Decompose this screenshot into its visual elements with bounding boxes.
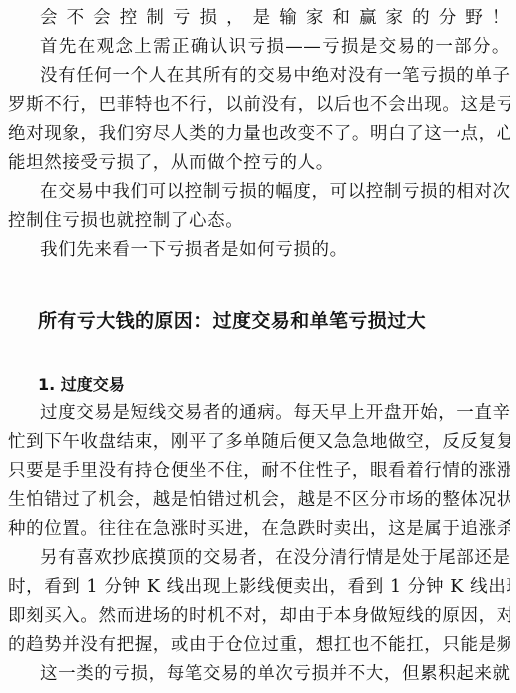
paragraph-line: 我们先来看一下亏损者是如何亏损的。 [40, 239, 510, 261]
paragraph-line: 即刻买入。然而进场的时机不对，却由于本身做短线的原因，对更大 [8, 605, 510, 627]
paragraph-line: 过度交易是短线交易者的通病。每天早上开盘开始，一直辛苦地 [40, 402, 510, 424]
paragraph-line: 会不会控制亏损，是输家和赢家的分野！ [40, 7, 510, 29]
paragraph-line: 在交易中我们可以控制亏损的幅度，可以控制亏损的相对次数， [40, 181, 510, 203]
paragraph-line: 绝对现象，我们穷尽人类的力量也改变不了。明白了这一点，心理才 [8, 123, 510, 145]
paragraph-line: 另有喜欢抄底摸顶的交易者，在没分清行情是处于尾部还是中继 [40, 547, 510, 569]
paragraph-line: 的趋势并没有把握，或由于仓位过重，想扛也不能扛，只能是频繁止损。 [8, 634, 510, 656]
subsection-title: 1. 过度交易 [38, 374, 125, 396]
document-page: 会不会控制亏损，是输家和赢家的分野！ 首先在观念上需正确认识亏损——亏损是交易的… [0, 0, 516, 693]
paragraph-line: 这一类的亏损，每笔交易的单次亏损并不大，但累积起来就是积 [40, 663, 510, 685]
paragraph-line: 只要是手里没有持仓便坐不住，耐不住性子，眼看着行情的涨涨跌跌， [8, 460, 510, 482]
paragraph-line: 没有任何一个人在其所有的交易中绝对没有一笔亏损的单子，索 [40, 65, 510, 87]
paragraph-line: 忙到下午收盘结束，刚平了多单随后便又急急地做空，反反复复地进出。 [8, 431, 510, 453]
paragraph-line: 生怕错过了机会，越是怕错过机会，越是不区分市场的整体况状、品 [8, 489, 510, 511]
paragraph-line: 时，看到 1 分钟 K 线出现上影线便卖出，看到 1 分钟 K 线出现下影线 [8, 576, 510, 598]
paragraph-line: 能坦然接受亏损了，从而做个控亏的人。 [8, 152, 510, 174]
paragraph-line: 罗斯不行，巴菲特也不行，以前没有，以后也不会出现。这是亏损的 [8, 94, 510, 116]
section-heading: 所有亏大钱的原因：过度交易和单笔亏损过大 [38, 309, 426, 333]
paragraph-line: 控制住亏损也就控制了心态。 [8, 210, 510, 232]
paragraph-line: 种的位置。往往在急涨时买进，在急跌时卖出，这是属于追涨杀跌型。 [8, 518, 510, 540]
paragraph-line: 首先在观念上需正确认识亏损——亏损是交易的一部分。 [40, 36, 510, 58]
